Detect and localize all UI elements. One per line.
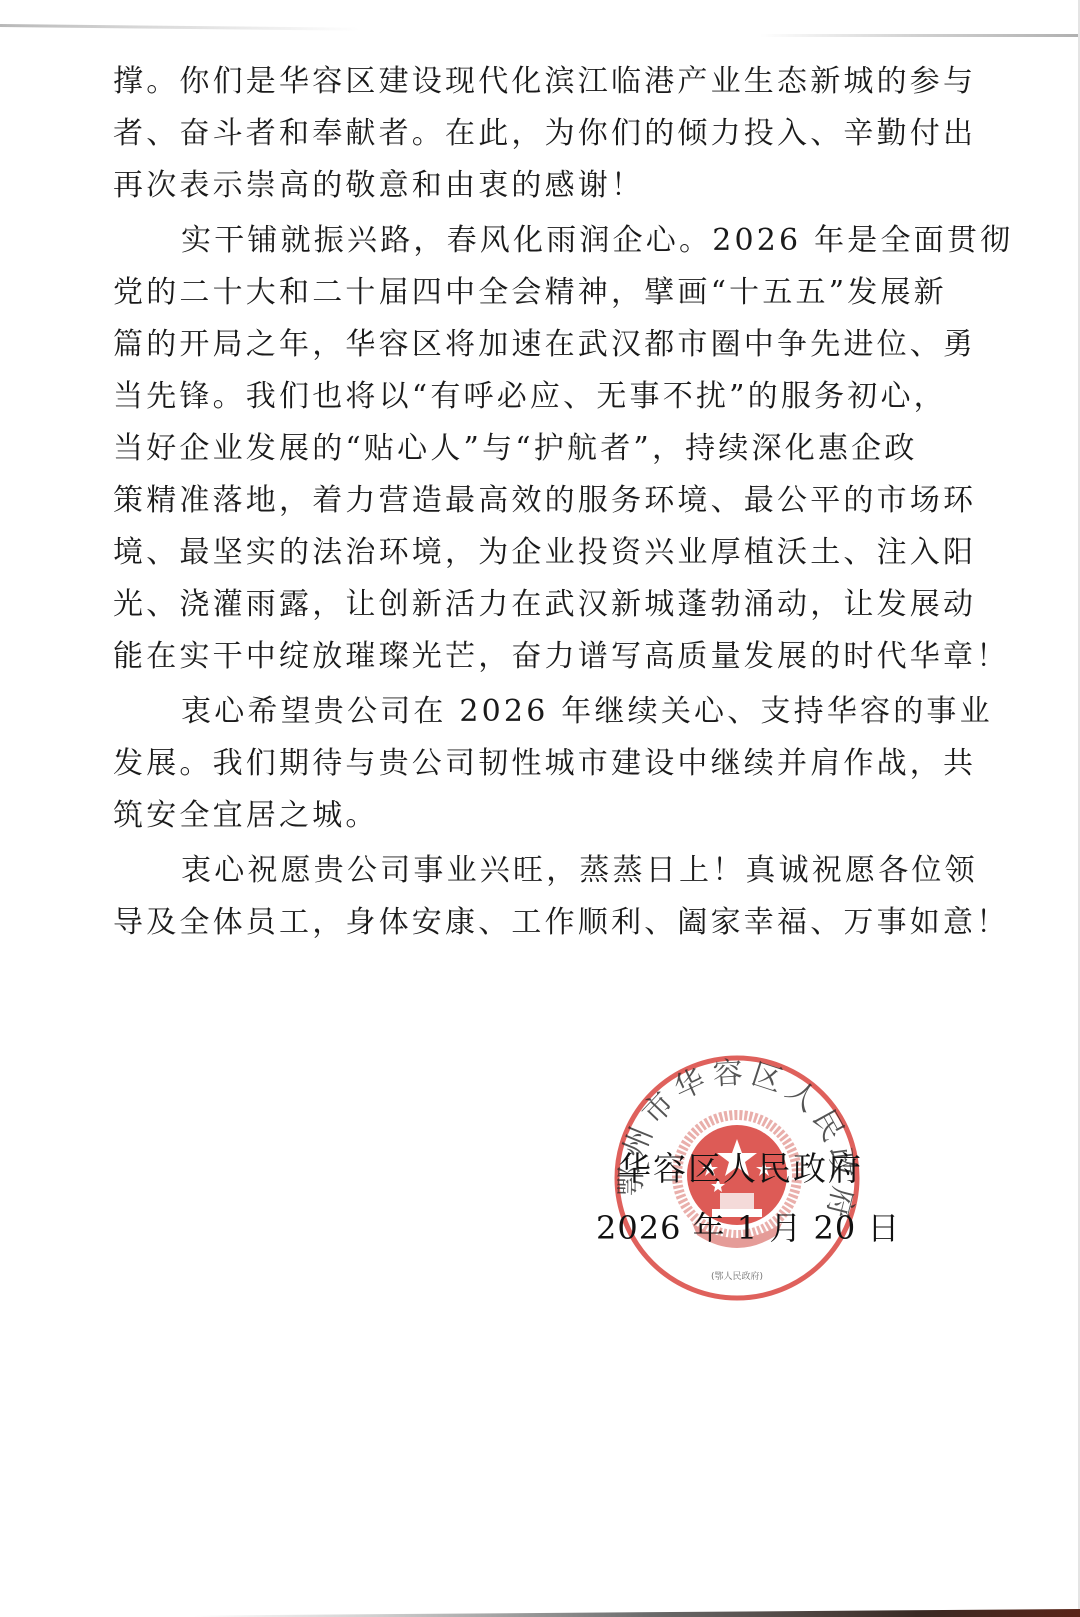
text-line: 衷心祝愿贵公司事业兴旺，蒸蒸日上！真诚祝愿各位领: [113, 845, 953, 897]
text-line: 导及全体员工，身体安康、工作顺利、阖家幸福、万事如意！: [113, 897, 953, 949]
text-line: 篇的开局之年，华容区将加速在武汉都市圈中争先进位、勇: [113, 319, 953, 371]
document-page: 撑。你们是华容区建设现代化滨江临港产业生态新城的参与 者、奋斗者和奉献者。在此，…: [0, 0, 1080, 1617]
svg-text:(鄂人民政府): (鄂人民政府): [711, 1270, 763, 1282]
text-line: 当先锋。我们也将以“有呼必应、无事不扰”的服务初心，: [113, 371, 953, 423]
text-line: 当好企业发展的“贴心人”与“护航者”，持续深化惠企政: [113, 423, 953, 475]
text-line: 党的二十大和二十届四中全会精神，擘画“十五五”发展新: [113, 267, 953, 319]
scan-artifact: [760, 34, 1080, 37]
text-line: 光、浇灌雨露，让创新活力在武汉新城蓬勃涌动，让发展动: [113, 579, 953, 631]
scan-artifact: [0, 24, 360, 31]
text-line: 境、最坚实的法治环境，为企业投资兴业厚植沃土、注入阳: [113, 527, 953, 579]
scan-artifact: [0, 1609, 1080, 1617]
signature-organization: 华容区人民政府: [618, 1143, 863, 1190]
paragraph: 实干铺就振兴路，春风化雨润企心。2026 年是全面贯彻 党的二十大和二十届四中全…: [113, 215, 953, 683]
text-line: 撑。你们是华容区建设现代化滨江临港产业生态新城的参与: [113, 56, 953, 108]
text-line: 实干铺就振兴路，春风化雨润企心。2026 年是全面贯彻: [113, 215, 953, 267]
letter-body: 撑。你们是华容区建设现代化滨江临港产业生态新城的参与 者、奋斗者和奉献者。在此，…: [113, 56, 953, 952]
paragraph: 衷心希望贵公司在 2026 年继续关心、支持华容的事业 发展。我们期待与贵公司韧…: [113, 686, 953, 842]
signature-date: 2026 年 1 月 20 日: [596, 1203, 900, 1249]
text-line: 策精准落地，着力营造最高效的服务环境、最公平的市场环: [113, 475, 953, 527]
text-line: 能在实干中绽放璀璨光芒，奋力谱写高质量发展的时代华章！: [113, 631, 953, 683]
svg-text:鄂州市华容区人民政府: 鄂州市华容区人民政府: [614, 1055, 861, 1226]
text-line: 再次表示崇高的敬意和由衷的感谢！: [113, 160, 953, 212]
text-line: 发展。我们期待与贵公司韧性城市建设中继续并肩作战，共: [113, 738, 953, 790]
paragraph: 撑。你们是华容区建设现代化滨江临港产业生态新城的参与 者、奋斗者和奉献者。在此，…: [113, 56, 953, 212]
text-line: 者、奋斗者和奉献者。在此，为你们的倾力投入、辛勤付出: [113, 108, 953, 160]
text-line: 衷心希望贵公司在 2026 年继续关心、支持华容的事业: [113, 686, 953, 738]
paragraph: 衷心祝愿贵公司事业兴旺，蒸蒸日上！真诚祝愿各位领 导及全体员工，身体安康、工作顺…: [113, 845, 953, 949]
text-line: 筑安全宜居之城。: [113, 790, 953, 842]
